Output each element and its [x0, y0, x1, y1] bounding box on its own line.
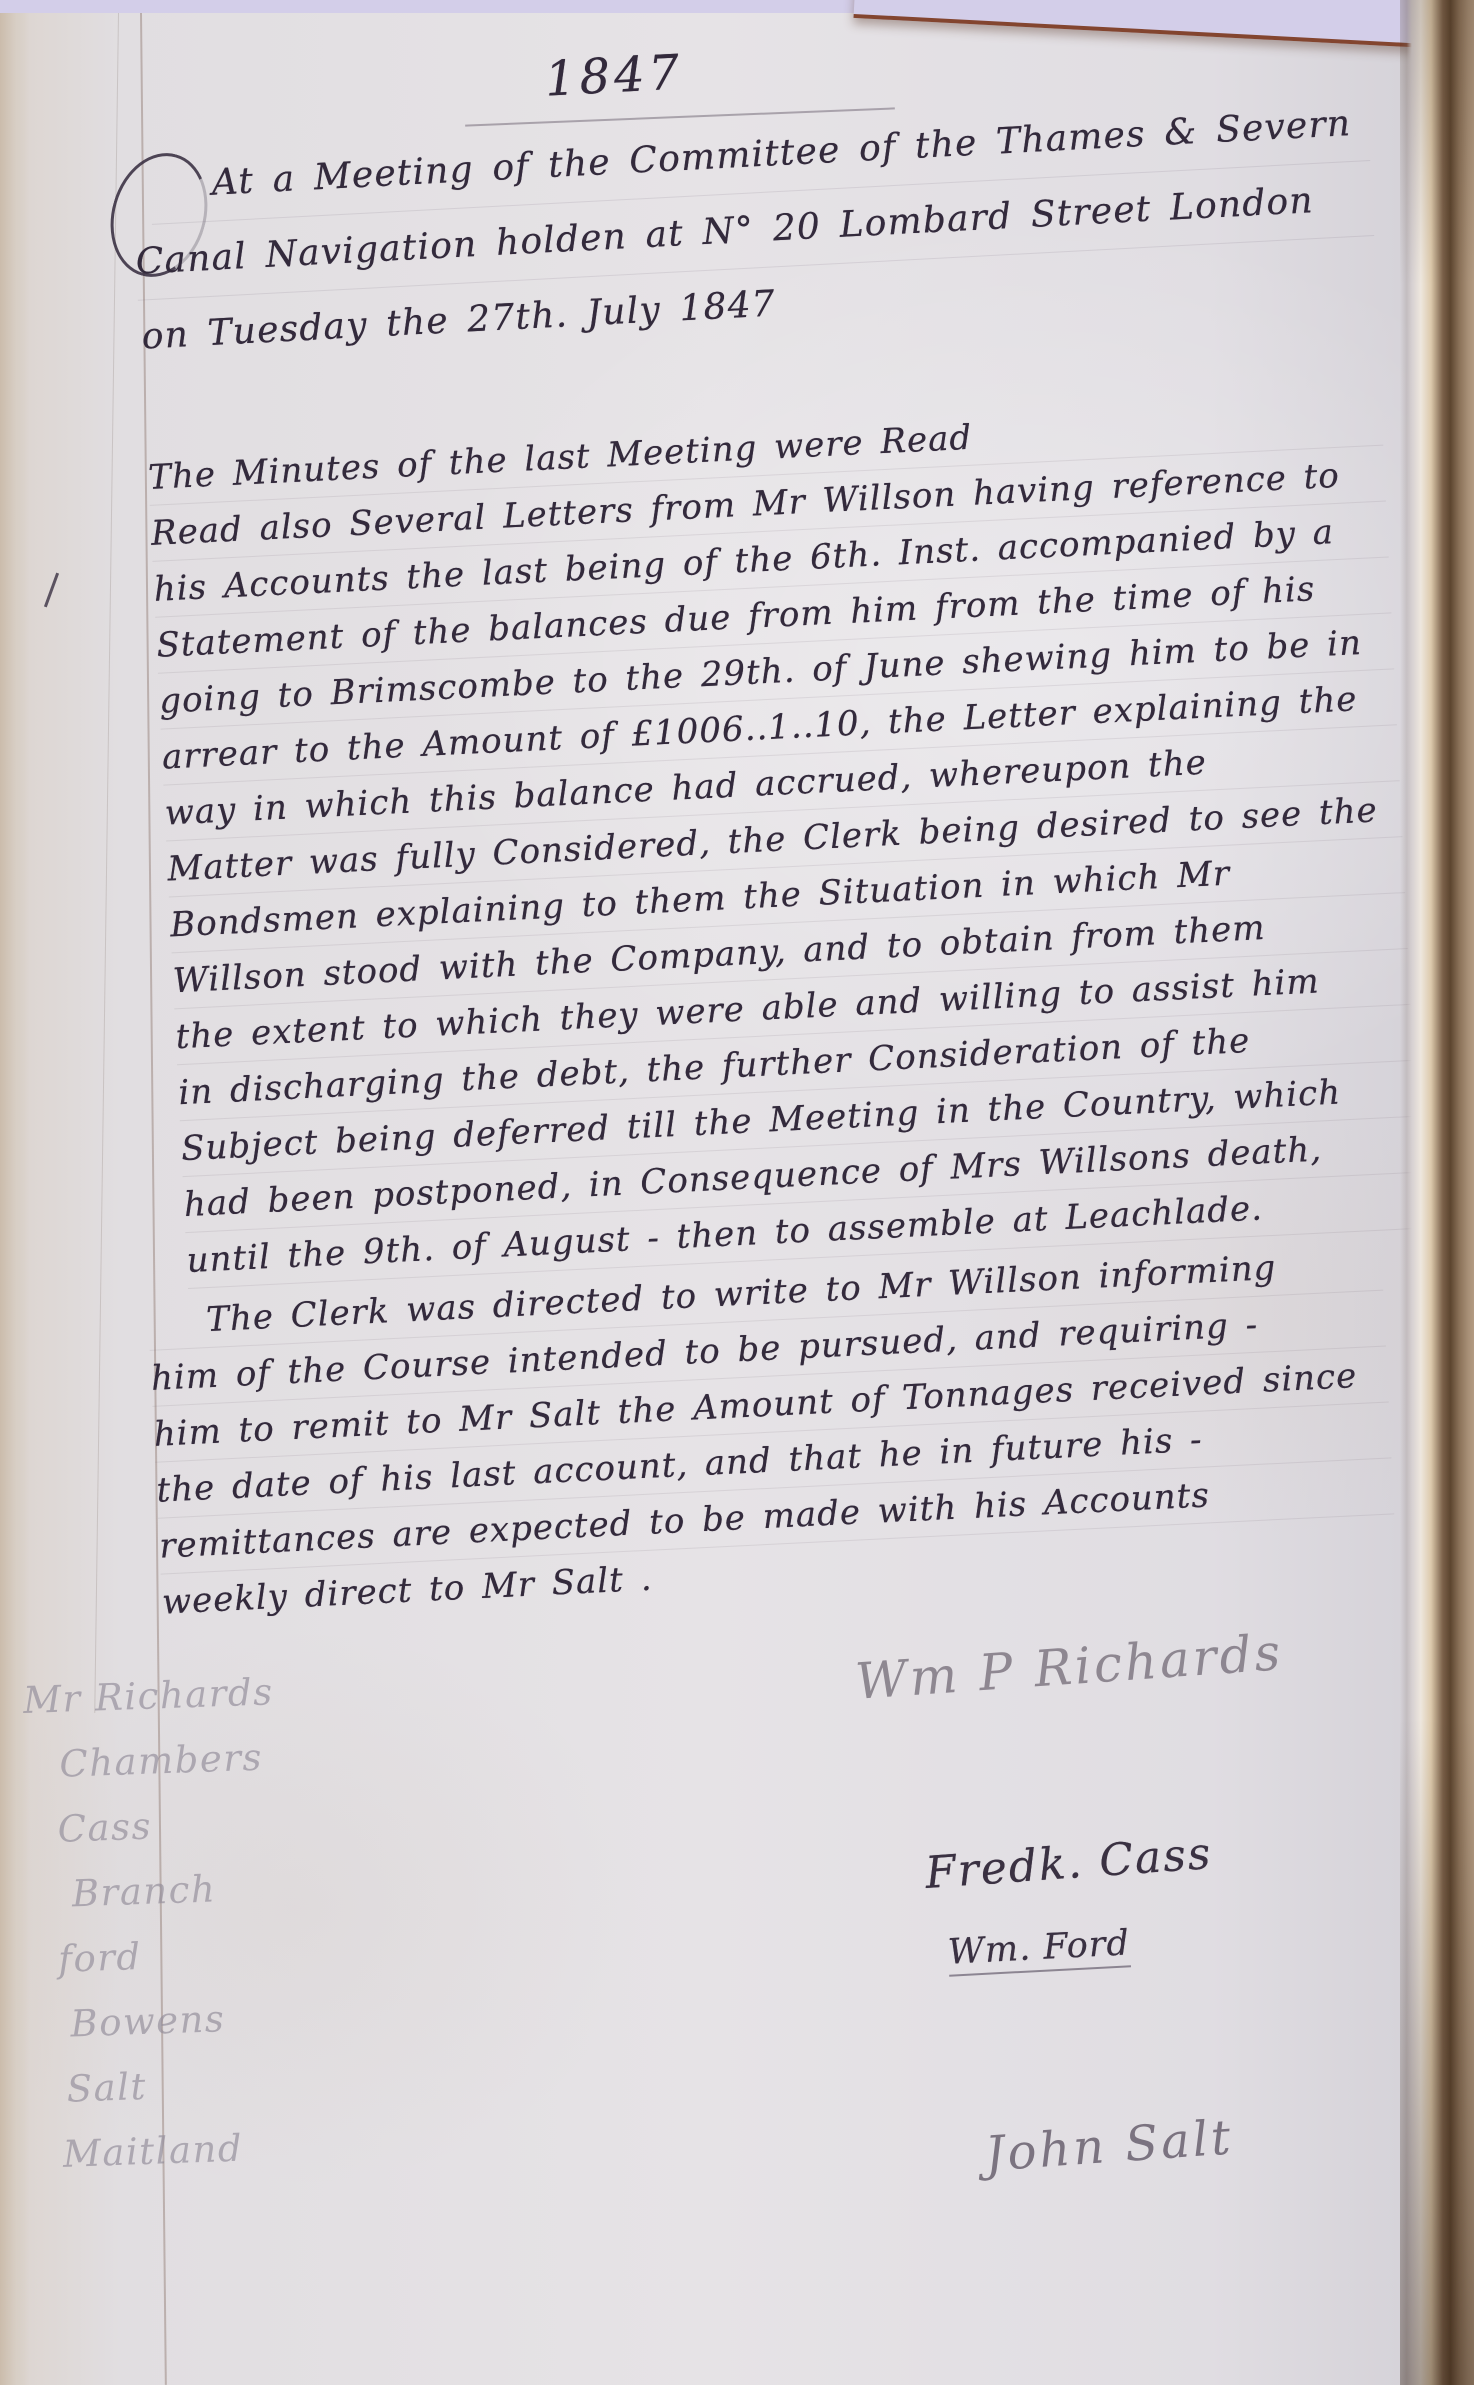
signature-richards: Wm P Richards — [853, 1623, 1284, 1711]
attendee-name: ford — [57, 1919, 284, 1992]
page-crease-line — [94, 13, 119, 1713]
signature-cass: Fredk. Cass — [924, 1828, 1214, 1899]
attendee-name: Bowens — [69, 1984, 286, 2056]
attendee-name: Cass — [57, 1789, 280, 1862]
attendee-name: Maitland — [62, 2114, 291, 2187]
opening-paragraph: At a Meeting of the Committee of the Tha… — [148, 86, 1378, 374]
attendee-name: Branch — [71, 1854, 282, 1926]
manuscript-page-photo: 1847 At a Meeting of the Committee of th… — [0, 0, 1474, 2385]
year-heading: 1847 — [544, 44, 685, 107]
signature-salt: John Salt — [983, 2109, 1235, 2182]
attendee-name: Salt — [66, 2049, 289, 2122]
page-left-shadow — [0, 0, 30, 2385]
minutes-paragraph-2: The Clerk was directed to write to Mr Wi… — [147, 1235, 1397, 1631]
margin-ink-mark — [44, 573, 59, 608]
book-top-edge — [853, 0, 1474, 52]
attendee-name: Chambers — [58, 1724, 277, 1797]
attendance-pencil-list: Mr Richards Chambers Cass Branch ford Bo… — [22, 1659, 290, 2187]
attendee-name: Mr Richards — [22, 1659, 275, 1733]
book-page-edges — [1400, 0, 1474, 2385]
signature-ford: Wm. Ford — [947, 1923, 1131, 1976]
minutes-paragraph-1: The Minutes of the last Meeting were Rea… — [147, 390, 1422, 1289]
